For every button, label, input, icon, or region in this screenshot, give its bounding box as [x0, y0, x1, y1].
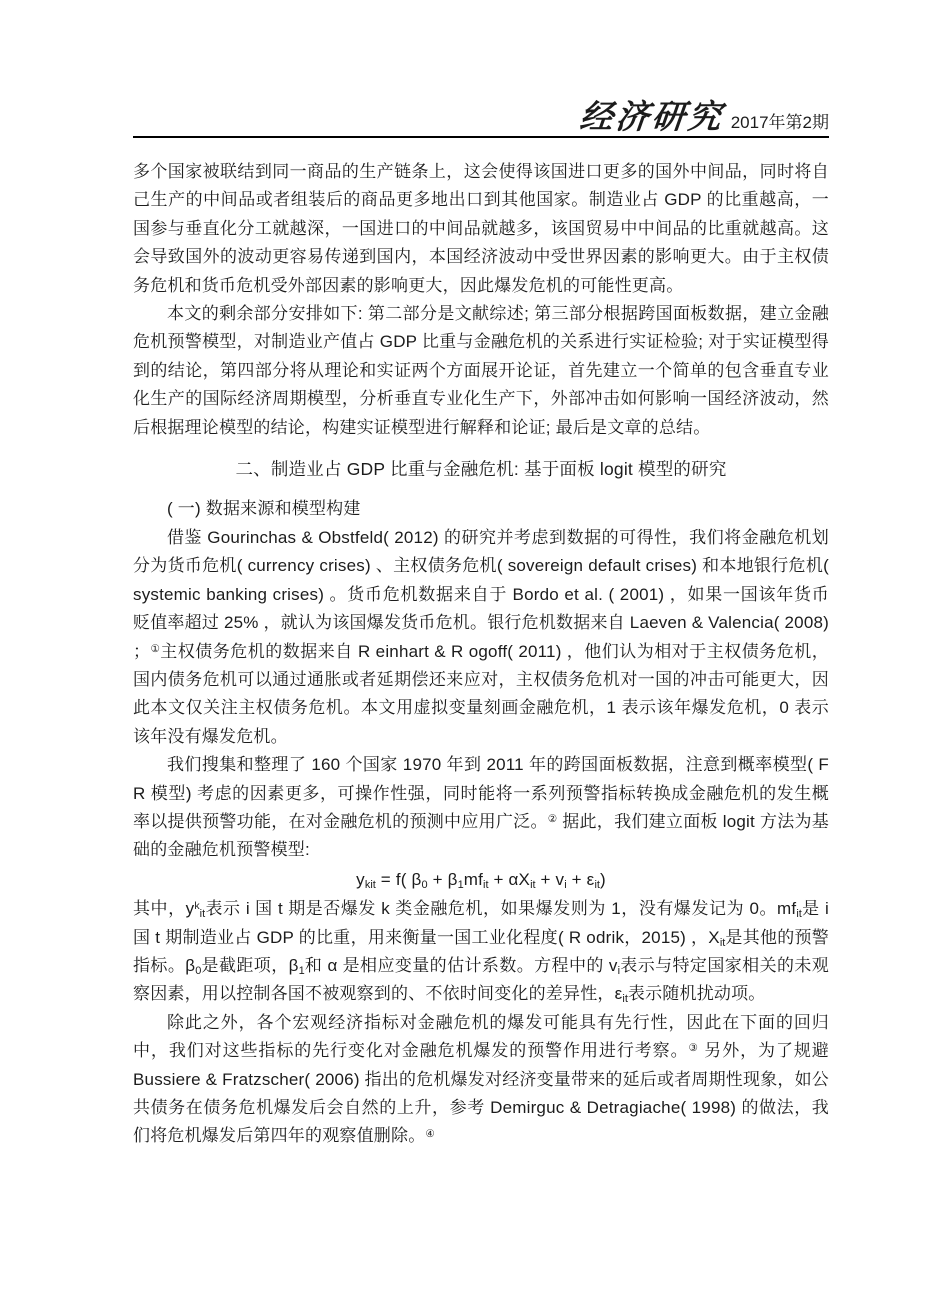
- article-body: 多个国家被联结到同一商品的生产链条上，这会使得该国进口更多的国外中间品，同时将自…: [133, 158, 829, 1151]
- paragraph-panel-data: 我们搜集和整理了 160 个国家 1970 年到 2011 年的跨国面板数据，注…: [133, 751, 829, 865]
- paper-page: 经济研究 2017年第2期 多个国家被联结到同一商品的生产链条上，这会使得该国进…: [0, 0, 950, 1307]
- page-content: 经济研究 2017年第2期 多个国家被联结到同一商品的生产链条上，这会使得该国进…: [133, 0, 829, 1151]
- paragraph-crisis-definitions: 借鉴 Gourinchas & Obstfeld( 2012) 的研究并考虑到数…: [133, 524, 829, 751]
- paragraph-leading-indicators: 除此之外，各个宏观经济指标对金融危机的爆发可能具有先行性，因此在下面的回归中，我…: [133, 1009, 829, 1151]
- journal-header: 经济研究 2017年第2期: [133, 100, 829, 138]
- section-heading: 二、制造业占 GDP 比重与金融危机: 基于面板 logit 模型的研究: [133, 455, 829, 483]
- paragraph-outline: 本文的剩余部分安排如下: 第二部分是文献综述; 第三部分根据跨国面板数据，建立金…: [133, 300, 829, 442]
- subsection-heading: ( 一) 数据来源和模型构建: [133, 495, 829, 523]
- paragraph-variable-explanation: 其中，ykit表示 i 国 t 期是否爆发 k 类金融危机，如果爆发则为 1，没…: [133, 895, 829, 1009]
- journal-logo: 经济研究: [578, 100, 725, 133]
- logit-model-equation: ykit = f( β0 + β1mfit + αXit + vi + εit): [133, 866, 829, 894]
- paragraph-vertical-specialization: 多个国家被联结到同一商品的生产链条上，这会使得该国进口更多的国外中间品，同时将自…: [133, 158, 829, 300]
- journal-issue-label: 2017年第2期: [731, 113, 829, 133]
